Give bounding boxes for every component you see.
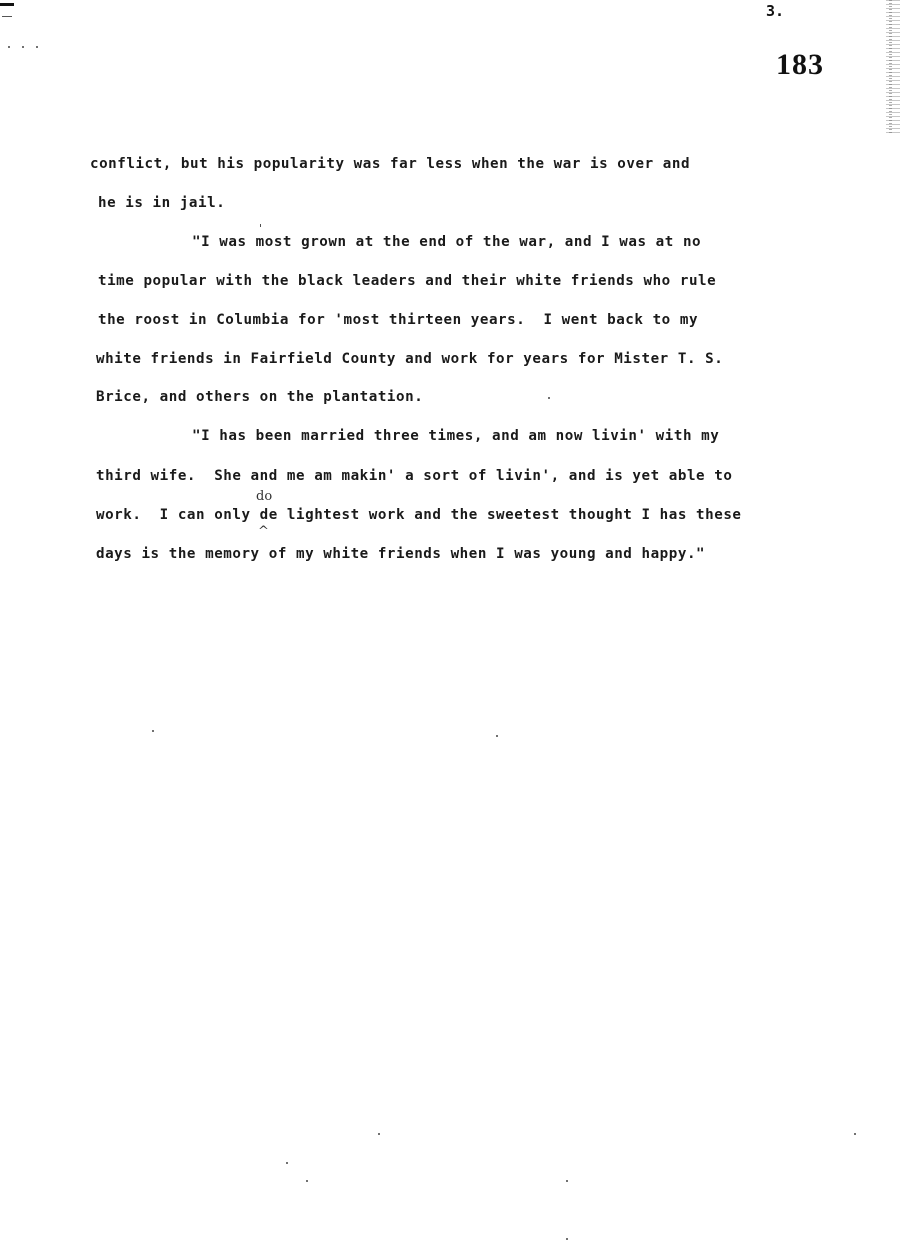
text-line: white friends in Fairfield County and wo… (96, 351, 723, 367)
scan-speck (286, 1162, 288, 1164)
scan-speck (378, 1133, 380, 1135)
insertion-caret: ^ (258, 524, 269, 539)
scan-speck (854, 1133, 856, 1135)
scan-speck (36, 46, 38, 48)
text-line: work. I can only de lightest work and th… (96, 507, 742, 523)
handwritten-insertion: do (256, 489, 272, 504)
text-line: time popular with the black leaders and … (98, 273, 716, 289)
scan-speck (22, 46, 24, 48)
text-line: third wife. She and me am makin' a sort … (96, 468, 732, 484)
scan-edge-noise (889, 0, 892, 135)
text-line: conflict, but his popularity was far les… (90, 156, 690, 172)
text-line: "I has been married three times, and am … (192, 428, 719, 444)
scan-speck (566, 1238, 568, 1240)
document-page: 3. 183 conflict, but his popularity was … (0, 0, 900, 1244)
scan-speck (548, 397, 550, 399)
scan-speck (306, 1180, 308, 1182)
scan-edge-mark (2, 16, 12, 17)
stamped-page-number: 183 (776, 48, 824, 82)
page-sequence-number: 3. (766, 2, 784, 20)
scan-speck (566, 1180, 568, 1182)
text-line: the roost in Columbia for 'most thirteen… (98, 312, 698, 328)
scan-speck (8, 46, 10, 48)
handwritten-apostrophe: ' (259, 222, 262, 235)
scan-edge-mark (0, 3, 14, 6)
text-line: days is the memory of my white friends w… (96, 546, 705, 562)
scan-speck (152, 730, 154, 732)
text-line: "I was most grown at the end of the war,… (192, 234, 701, 250)
text-line: Brice, and others on the plantation. (96, 389, 423, 405)
text-line: he is in jail. (98, 195, 225, 211)
scan-speck (496, 735, 498, 737)
